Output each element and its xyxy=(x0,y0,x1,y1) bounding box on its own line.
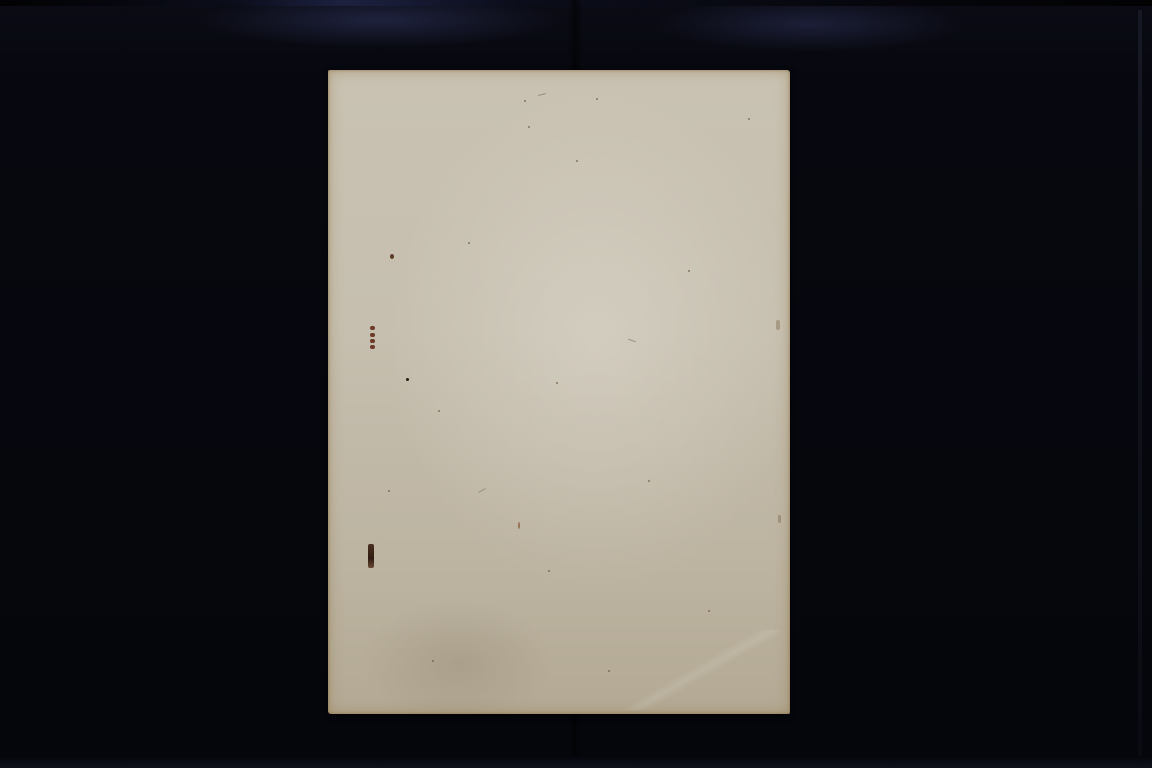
fleck xyxy=(524,100,526,102)
fleck xyxy=(432,660,434,662)
edge-stain xyxy=(776,320,780,330)
fleck xyxy=(438,410,440,412)
blank-paper-sheet xyxy=(328,70,790,714)
fleck xyxy=(748,118,750,120)
fleck xyxy=(576,160,578,162)
ink-dot xyxy=(406,378,409,381)
fleck xyxy=(388,490,390,492)
right-frame-edge xyxy=(1138,10,1142,760)
paper-crease xyxy=(618,630,788,710)
fleck xyxy=(556,382,558,384)
ink-block-mark xyxy=(368,544,374,568)
fiber xyxy=(538,93,546,96)
photo-scene xyxy=(0,0,1152,768)
edge-stain xyxy=(778,515,781,523)
fleck xyxy=(688,270,690,272)
ink-speck xyxy=(390,254,394,259)
fleck xyxy=(708,610,710,612)
fiber xyxy=(628,339,636,343)
fleck xyxy=(648,480,650,482)
fiber xyxy=(478,488,485,493)
fleck xyxy=(468,242,470,244)
fleck xyxy=(528,126,530,128)
fleck xyxy=(548,570,550,572)
fleck xyxy=(608,670,610,672)
fleck xyxy=(518,522,520,529)
bottom-frame-edge xyxy=(0,756,1152,768)
fleck xyxy=(596,98,598,100)
ink-dots-column xyxy=(370,326,376,356)
